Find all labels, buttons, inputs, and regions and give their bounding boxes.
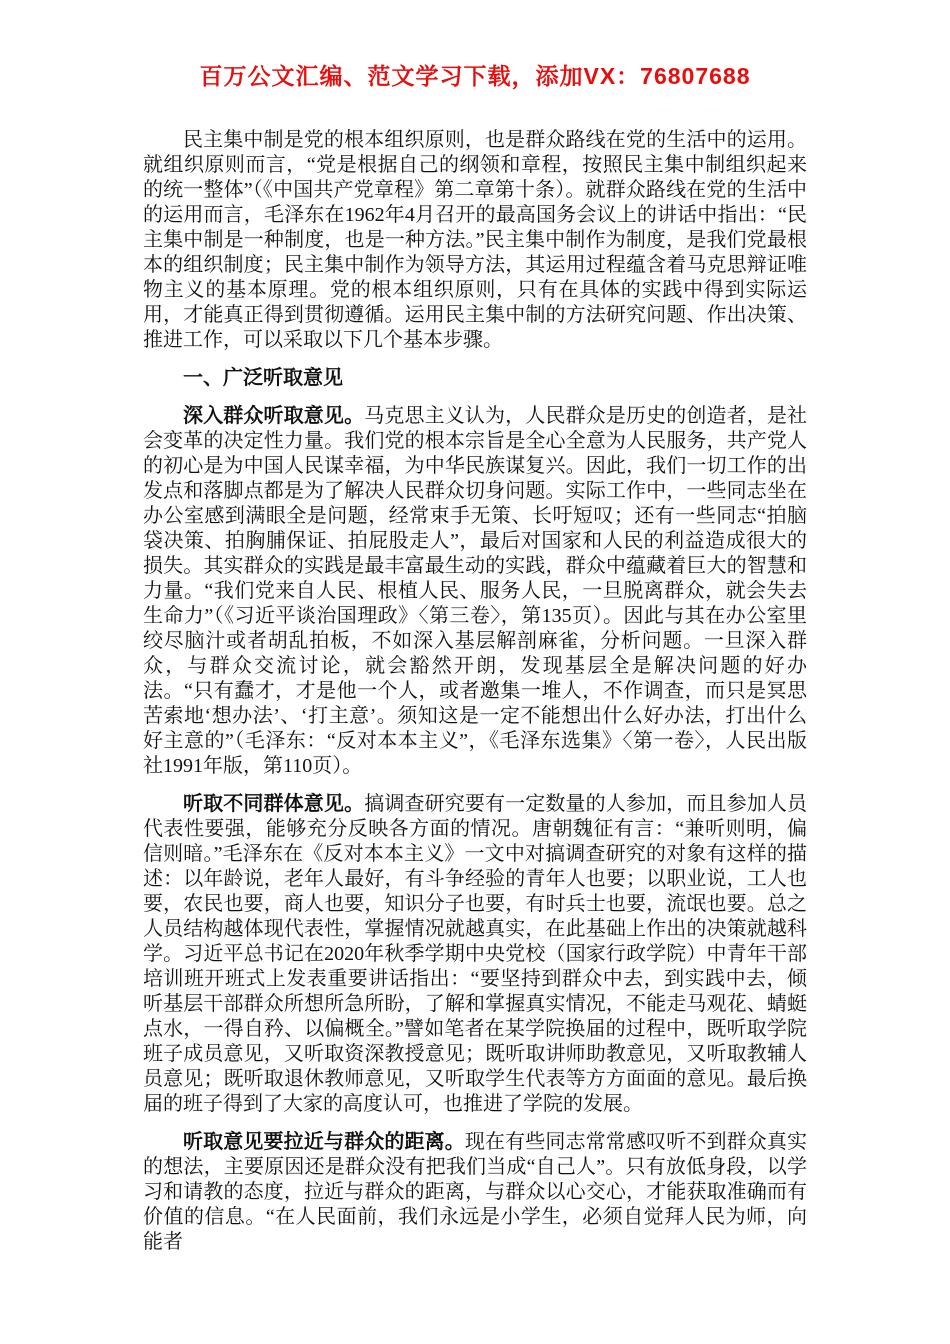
paragraph-text: 民主集中制是党的根本组织原则，也是群众路线在党的生活中的运用。就组织原则而言，“… — [143, 129, 807, 351]
paragraph-text: 搞调查研究要有一定数量的人参加，而且参加人员代表性要强，能够充分反映各方面的情况… — [143, 793, 807, 1115]
paragraph-close-distance: 听取意见要拉近与群众的距离。现在有些同志常常感叹听不到群众真实的想法，主要原因还… — [143, 1130, 807, 1255]
section-heading: 一、广泛听取意见 — [143, 366, 807, 391]
paragraph-lead: 听取意见要拉近与群众的距离。 — [183, 1131, 465, 1153]
document-body: 民主集中制是党的根本组织原则，也是群众路线在党的生活中的运用。就组织原则而言，“… — [143, 128, 807, 1255]
promo-header: 百万公文汇编、范文学习下载，添加VX：76807688 — [0, 60, 950, 92]
paragraph-intro: 民主集中制是党的根本组织原则，也是群众路线在党的生活中的运用。就组织原则而言，“… — [143, 128, 807, 353]
paragraph-text: 马克思主义认为，人民群众是历史的创造者，是社会变革的决定性力量。我们党的根本宗旨… — [143, 405, 807, 777]
paragraph-lead: 听取不同群体意见。 — [183, 793, 364, 815]
paragraph-lead: 深入群众听取意见。 — [183, 405, 364, 427]
paragraph-listen-among-masses: 深入群众听取意见。马克思主义认为，人民群众是历史的创造者，是社会变革的决定性力量… — [143, 404, 807, 779]
document-page: 百万公文汇编、范文学习下载，添加VX：76807688 民主集中制是党的根本组织… — [0, 0, 950, 1344]
promo-header-text: 百万公文汇编、范文学习下载，添加VX：76807688 — [199, 63, 750, 89]
paragraph-listen-different-groups: 听取不同群体意见。搞调查研究要有一定数量的人参加，而且参加人员代表性要强，能够充… — [143, 792, 807, 1117]
